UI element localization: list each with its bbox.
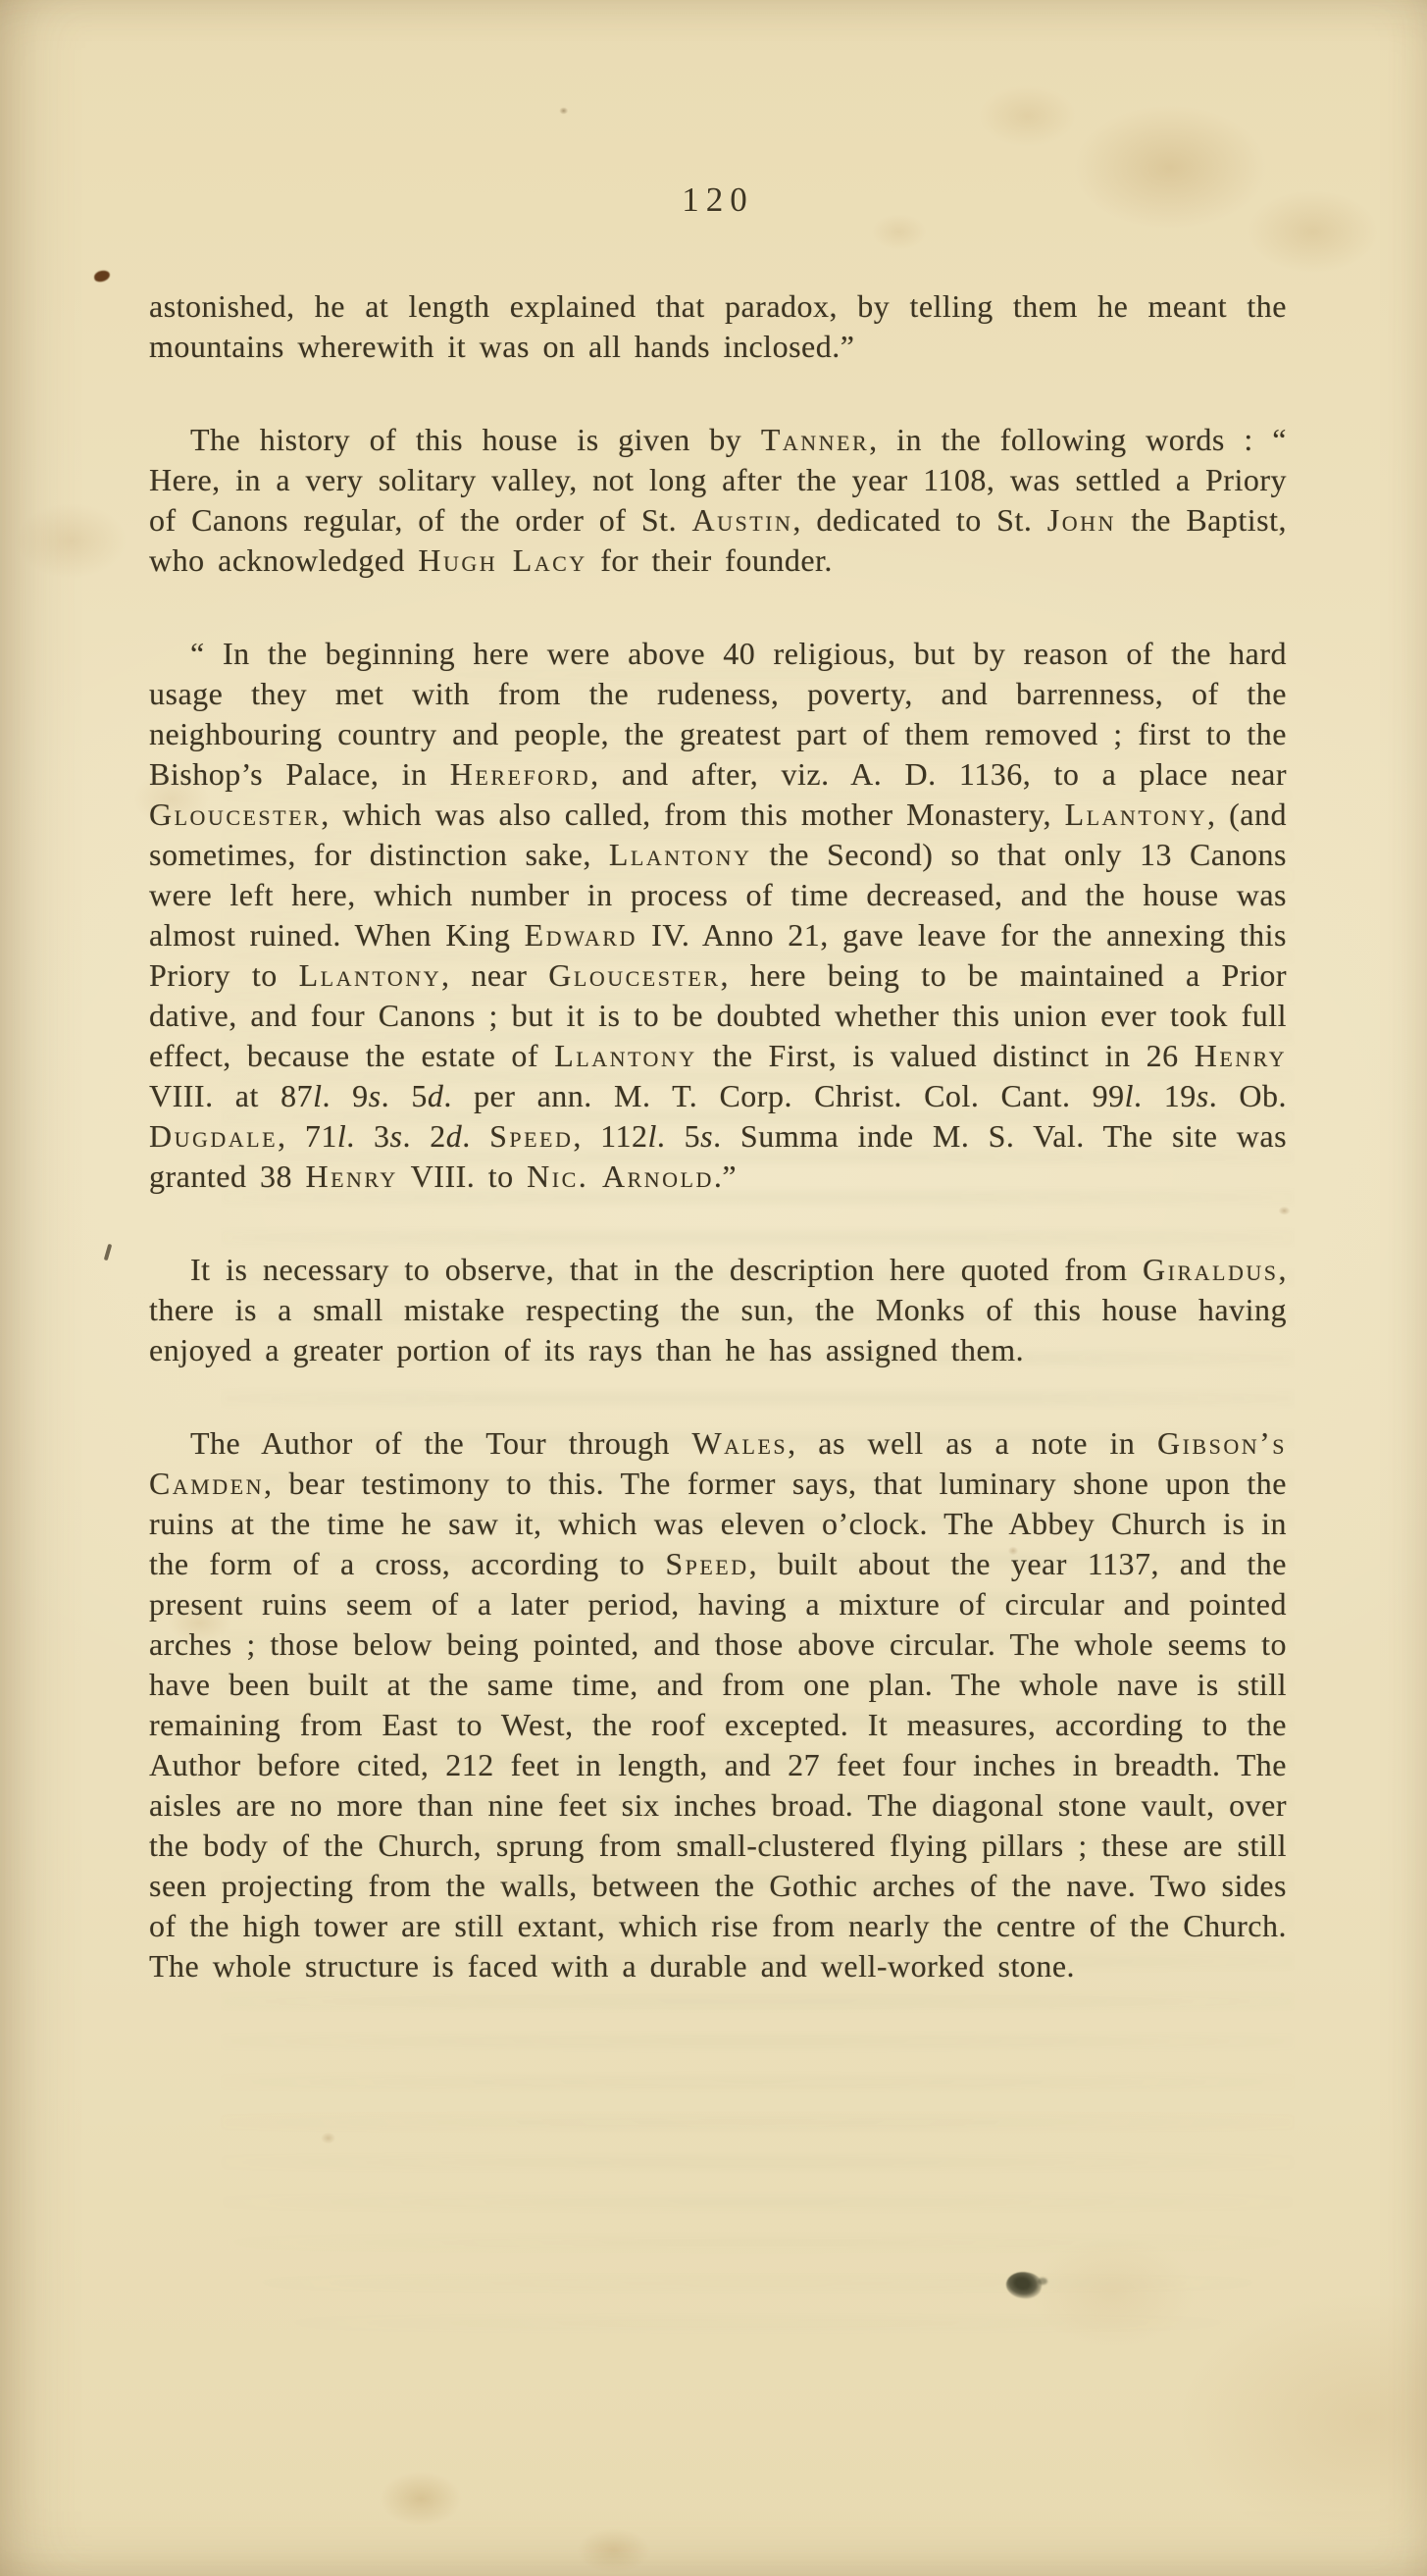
small-caps-run: Dugdale — [149, 1118, 278, 1154]
text-run: . 5 — [382, 1078, 428, 1113]
text-run: VIII. to — [398, 1159, 527, 1194]
small-caps-run: Speed — [665, 1546, 748, 1581]
italic-run: l — [1125, 1078, 1134, 1113]
small-caps-run: Llantony — [554, 1038, 696, 1073]
text-run: . 3 — [346, 1118, 389, 1154]
text-run: , as well as a note in — [788, 1425, 1157, 1461]
ink-blot-smudge — [1038, 2278, 1047, 2285]
small-caps-run: Llantony — [299, 957, 441, 993]
italic-run: s — [369, 1078, 382, 1113]
small-caps-run: Speed — [489, 1118, 573, 1154]
page-text: astonished, he at length explained that … — [149, 286, 1287, 1986]
small-caps-run: Llantony — [609, 837, 751, 872]
text-run: , 112 — [573, 1118, 647, 1154]
text-run: VIII. at 87 — [149, 1078, 313, 1113]
text-run: . 5 — [657, 1118, 700, 1154]
text-run: for their founder. — [587, 542, 833, 578]
small-caps-run: Wales — [691, 1425, 788, 1461]
italic-run: s — [390, 1118, 403, 1154]
italic-run: s — [700, 1118, 713, 1154]
text-run: the First, is valued distinct in 26 — [697, 1038, 1195, 1073]
italic-run: l — [647, 1118, 656, 1154]
italic-run: d — [428, 1078, 444, 1113]
paragraph-4: It is necessary to observe, that in the … — [149, 1250, 1287, 1370]
page-number: 120 — [149, 180, 1287, 220]
text-run: . 19 — [1134, 1078, 1197, 1113]
small-caps-run: Henry — [305, 1159, 397, 1194]
small-caps-run: Hereford — [450, 756, 590, 792]
text-run: The history of this house is given by — [190, 422, 761, 457]
small-caps-run: John — [1047, 502, 1116, 538]
small-caps-run: Llantony — [1065, 797, 1207, 832]
small-caps-run: Gloucester — [149, 797, 321, 832]
text-run: , 71 — [278, 1118, 337, 1154]
italic-run: s — [1197, 1078, 1209, 1113]
italic-run: l — [337, 1118, 346, 1154]
paragraph-2: The history of this house is given by Ta… — [149, 420, 1287, 581]
text-run: . — [462, 1118, 489, 1154]
paragraph-5: The Author of the Tour through Wales, as… — [149, 1423, 1287, 1986]
small-caps-run: Giraldus — [1143, 1252, 1278, 1287]
small-caps-run: Nic. Arnold — [527, 1159, 714, 1194]
text-run: It is necessary to observe, that in the … — [190, 1252, 1143, 1287]
text-run: . 2 — [402, 1118, 445, 1154]
text-run: .” — [714, 1159, 737, 1194]
text-run: , built about the year 1137, and the pre… — [149, 1546, 1287, 1984]
text-run: astonished, he at length explained that … — [149, 288, 1287, 364]
italic-run: d — [446, 1118, 463, 1154]
small-caps-run: Austin — [692, 502, 793, 538]
margin-ink-mark — [104, 1244, 113, 1261]
small-caps-run: Tanner — [761, 422, 869, 457]
text-run: . per ann. M. T. Corp. Christ. Col. Cant… — [443, 1078, 1124, 1113]
paragraph-3: “ In the beginning here were above 40 re… — [149, 634, 1287, 1197]
small-caps-run: Henry — [1195, 1038, 1287, 1073]
small-caps-run: Edward — [525, 917, 637, 953]
small-caps-run: Hugh Lacy — [418, 542, 586, 578]
small-caps-run: Gloucester — [548, 957, 720, 993]
paragraph-1: astonished, he at length explained that … — [149, 286, 1287, 367]
text-run: . 9 — [322, 1078, 368, 1113]
text-run: . Ob. — [1209, 1078, 1287, 1113]
text-run: , near — [441, 957, 548, 993]
text-run: The Author of the Tour through — [190, 1425, 691, 1461]
ink-speck — [93, 270, 110, 283]
text-run: , which was also called, from this mothe… — [321, 797, 1064, 832]
book-page: 120 astonished, he at length explained t… — [0, 0, 1427, 2576]
text-run: , dedicated to St. — [792, 502, 1046, 538]
text-run: , and after, viz. A. D. 1136, to a place… — [590, 756, 1287, 792]
